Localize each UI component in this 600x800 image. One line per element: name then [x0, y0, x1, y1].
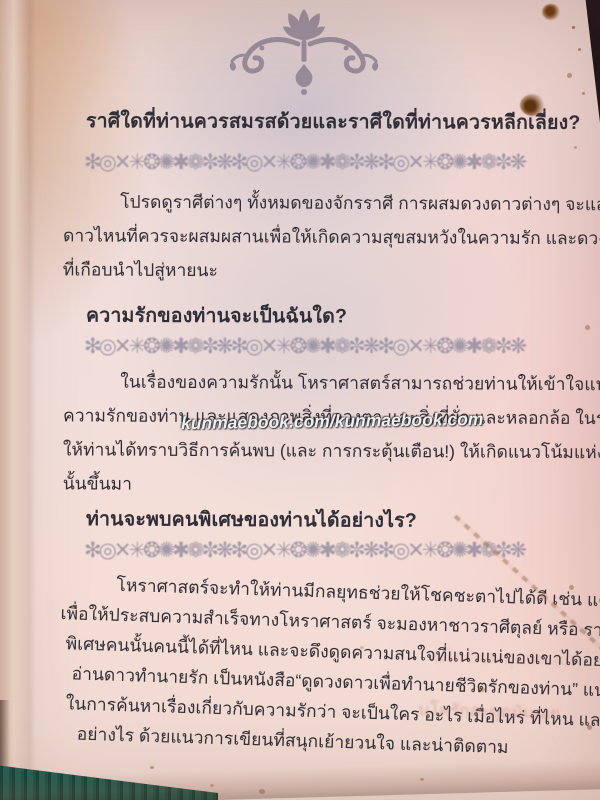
paragraph-zodiac-overview: โปรดดูราศีต่างๆ ทั้งหมดของจักรราศี การผส…	[63, 184, 600, 289]
paragraph-line: นั้นขึ้นมา	[63, 466, 600, 503]
ornamental-divider: ✻◎✕✳❂✺✱❁✼❋✻◎✕✳❂✺✱❁✼❋✻◎✕✳❂✺✱❁✼❋	[84, 334, 548, 362]
paragraph-line: ดาวไหนที่ควรจะผสมผสานเพื่อให้เกิดความสุข…	[63, 218, 600, 255]
floral-flourish-icon	[228, 4, 380, 98]
section-heading-your-love: ความรักของท่านจะเป็นฉันใด?	[86, 300, 347, 332]
paragraph-line: ที่เกือบนำไปสู่หายนะ	[63, 252, 600, 289]
paragraph-line: โปรดดูราศีต่างๆ ทั้งหมดของจักรราศี การผส…	[63, 184, 600, 221]
book-page-photo: ราศีใดที่ท่านควรสมรสด้วยและราศีใดที่ท่าน…	[0, 0, 600, 800]
section-heading-marriage-signs: ราศีใดที่ท่านควรสมรสด้วยและราศีใดที่ท่าน…	[86, 105, 581, 138]
paragraph-line: ให้ท่านได้ทราบวิธีการค้นพบ (และ การกระตุ…	[63, 432, 600, 469]
watermark-text: kunmaebook.com/kunmaebook.com	[181, 409, 484, 434]
ghost-showthrough-text: นโครักสะดุดมันเอย	[432, 644, 574, 673]
section-heading-special-person: ท่านจะพบคนพิเศษของท่านได้อย่างไร?	[86, 503, 417, 536]
stain-freckles	[572, 26, 575, 29]
paragraph-love-tendency: ในเรื่องของความรักนั้น โหราศาสตร์สามารถช…	[63, 364, 600, 503]
paragraph-line: ในเรื่องของความรักนั้น โหราศาสตร์สามารถช…	[63, 364, 600, 401]
ghost-showthrough-text: นโครักสะดุดมันเอย	[418, 696, 561, 727]
ornamental-divider: ✻◎✕✳❂✺✱❁✼❋✻◎✕✳❂✺✱❁✼❋✻◎✕✳❂✺✱❁✼❋	[84, 150, 548, 178]
page-curl-left-edge	[0, 0, 36, 800]
stain-freckles	[150, 766, 154, 769]
ornamental-divider: ✻◎✕✳❂✺✱❁✼❋✻◎✕✳❂✺✱❁✼❋✻◎✕✳❂✺✱❁✼❋	[84, 538, 548, 566]
